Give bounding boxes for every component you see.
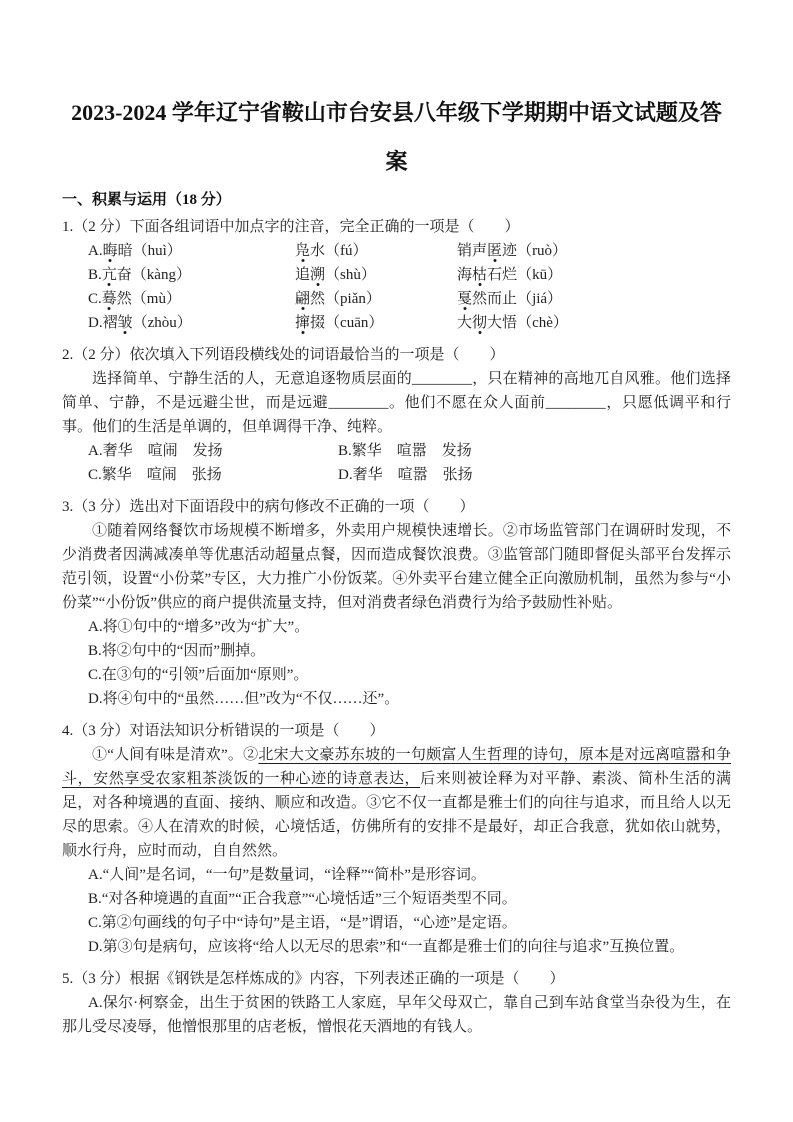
question-4-paragraph: ①“人间有味是清欢”。②北宋大文豪苏东坡的一句颇富人生哲理的诗句，原本是对远离喧… xyxy=(62,743,731,863)
question-2-option-c: C.繁华 喧闹 张扬 xyxy=(62,463,338,487)
question-2-option-d: D.奢华 喧嚣 张扬 xyxy=(338,463,731,487)
q1-option-item: 翩然（piǎn） xyxy=(295,287,457,311)
question-1: 1.（2 分）下面各组词语中加点字的注音，完全正确的一项是（ ） A.晦暗（hu… xyxy=(62,215,731,335)
question-1-stem: 1.（2 分）下面各组词语中加点字的注音，完全正确的一项是（ ） xyxy=(62,215,731,239)
q1-option-item: B.亢奋（kàng） xyxy=(88,263,295,287)
document-title-line2: 案 xyxy=(385,149,407,174)
q1-option-item: 戛然而止（jiá） xyxy=(457,287,731,311)
question-2-options: A.奢华 喧闹 发扬 B.繁华 喧嚣 发扬 C.繁华 喧闹 张扬 D.奢华 喧嚣… xyxy=(62,439,731,487)
q1-option-item: 追溯（shù） xyxy=(295,263,457,287)
question-3-option-b: B.将②句中的“因而”删掉。 xyxy=(62,639,731,663)
question-3-paragraph: ①随着网络餐饮市场规模不断增多，外卖用户规模快速增长。②市场监管部门在调研时发现… xyxy=(62,519,731,615)
exam-document-page: 2023-2024 学年辽宁省鞍山市台安县八年级下学期期中语文试题及答 案 一、… xyxy=(0,0,793,1122)
question-5-option-a: A.保尔·柯察金，出生于贫困的铁路工人家庭，早年父母双亡，靠自己到车站食堂当杂役… xyxy=(62,991,731,1039)
question-4-option-b: B.“对各种境遇的直面”“正合我意”“心境恬适”三个短语类型不同。 xyxy=(62,887,731,911)
document-title-line1: 2023-2024 学年辽宁省鞍山市台安县八年级下学期期中语文试题及答 xyxy=(71,100,722,125)
question-1-options: A.晦暗（huì）凫水（fú）销声匿迹（ruò）B.亢奋（kàng）追溯（shù… xyxy=(62,239,731,335)
question-2-paragraph: 选择简单、宁静生活的人，无意追逐物质层面的________，只在精神的高地兀自风… xyxy=(62,367,731,439)
q1-option-item: 销声匿迹（ruò） xyxy=(457,239,731,263)
q1-option-row: A.晦暗（huì）凫水（fú）销声匿迹（ruò） xyxy=(62,239,731,263)
question-2-stem: 2.（2 分）依次填入下列语段横线处的词语最恰当的一项是（ ） xyxy=(62,343,731,367)
question-3-stem: 3.（3 分）选出对下面语段中的病句修改不正确的一项（ ） xyxy=(62,495,731,519)
q1-option-item: 撺掇（cuān） xyxy=(295,311,457,335)
question-2-option-b: B.繁华 喧嚣 发扬 xyxy=(338,439,731,463)
document-title: 2023-2024 学年辽宁省鞍山市台安县八年级下学期期中语文试题及答 案 xyxy=(62,88,731,186)
section-heading: 一、积累与运用（18 分） xyxy=(62,188,731,212)
text-segment: ①“人间有味是清欢”。② xyxy=(92,747,258,763)
q1-option-row: C.蓦然（mù）翩然（piǎn）戛然而止（jiá） xyxy=(62,287,731,311)
question-3-option-c: C.在③句的“引领”后面加“原则”。 xyxy=(62,663,731,687)
q1-option-item: D.褶皱（zhòu） xyxy=(88,311,295,335)
question-2-option-a: A.奢华 喧闹 发扬 xyxy=(62,439,338,463)
question-4: 4.（3 分）对语法知识分析错误的一项是（ ） ①“人间有味是清欢”。②北宋大文… xyxy=(62,719,731,959)
q1-option-item: 海枯石烂（kū） xyxy=(457,263,731,287)
question-4-option-d: D.第③句是病句，应该将“给人以无尽的思索”和“一直都是雅士们的向往与追求”互换… xyxy=(62,935,731,959)
question-4-stem: 4.（3 分）对语法知识分析错误的一项是（ ） xyxy=(62,719,731,743)
question-5-stem: 5.（3 分）根据《钢铁是怎样炼成的》内容，下列表述正确的一项是（ ） xyxy=(62,967,731,991)
q1-option-row: B.亢奋（kàng）追溯（shù）海枯石烂（kū） xyxy=(62,263,731,287)
question-4-option-a: A.“人间”是名词，“一句”是数量词，“诠释”“简朴”是形容词。 xyxy=(62,863,731,887)
document-content: 2023-2024 学年辽宁省鞍山市台安县八年级下学期期中语文试题及答 案 一、… xyxy=(62,88,731,1039)
question-5: 5.（3 分）根据《钢铁是怎样炼成的》内容，下列表述正确的一项是（ ） A.保尔… xyxy=(62,967,731,1039)
question-2: 2.（2 分）依次填入下列语段横线处的词语最恰当的一项是（ ） 选择简单、宁静生… xyxy=(62,343,731,487)
question-4-option-c: C.第②句画线的句子中“诗句”是主语，“是”谓语，“心迹”是定语。 xyxy=(62,911,731,935)
question-3: 3.（3 分）选出对下面语段中的病句修改不正确的一项（ ） ①随着网络餐饮市场规… xyxy=(62,495,731,711)
q1-option-row: D.褶皱（zhòu）撺掇（cuān）大彻大悟（chè） xyxy=(62,311,731,335)
q1-option-item: A.晦暗（huì） xyxy=(88,239,295,263)
q1-option-item: C.蓦然（mù） xyxy=(88,287,295,311)
question-3-option-a: A.将①句中的“增多”改为“扩大”。 xyxy=(62,615,731,639)
question-3-option-d: D.将④句中的“虽然……但”改为“不仅……还”。 xyxy=(62,687,731,711)
q1-option-item: 大彻大悟（chè） xyxy=(457,311,731,335)
q1-option-item: 凫水（fú） xyxy=(295,239,457,263)
